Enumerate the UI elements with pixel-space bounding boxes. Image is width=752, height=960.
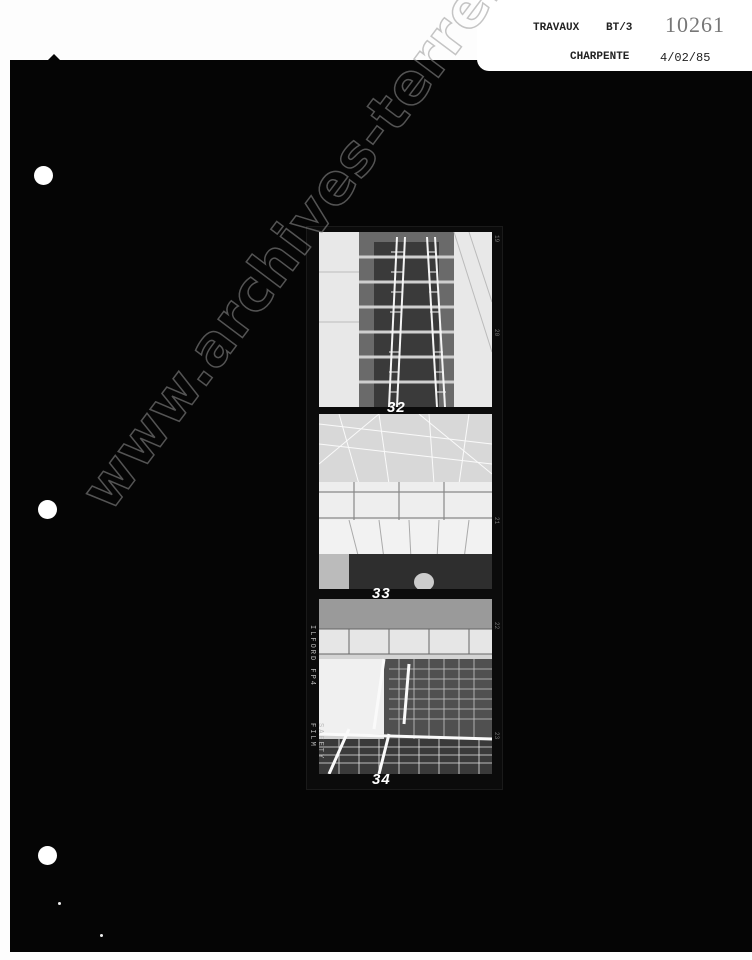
photo-frame-2[interactable] (319, 414, 492, 589)
label-date: 4/02/85 (660, 51, 710, 65)
film-edge-brand: ILFORD FP4 (308, 625, 316, 687)
archive-label: TRAVAUX BT/3 10261 CHARPENTE 4/02/85 (477, 0, 752, 71)
label-code: BT/3 (606, 22, 632, 34)
punch-hole-icon (38, 500, 57, 519)
film-edge-mark: 19 (493, 235, 500, 242)
label-subject: CHARPENTE (570, 51, 629, 63)
frame-number: 34 (372, 771, 391, 788)
film-edge-mark: 20 (493, 329, 500, 336)
film-edge-safety: SAFETY FILM (308, 723, 324, 789)
film-edge-mark: 22 (493, 622, 500, 629)
film-edge-mark: 23 (493, 732, 500, 739)
photo-scaffolding (319, 414, 492, 589)
photo-frame-3[interactable] (319, 599, 492, 774)
label-number: 10261 (665, 12, 725, 38)
photo-steel-framework (319, 232, 492, 407)
label-category: TRAVAUX (533, 22, 579, 34)
film-edge-mark: 21 (493, 517, 500, 524)
film-strip: 32 3 (306, 226, 503, 790)
punch-hole-icon (38, 846, 57, 865)
photo-walkways (319, 599, 492, 774)
photo-frame-1[interactable] (319, 232, 492, 407)
dust-speck (100, 934, 103, 937)
dust-speck (58, 902, 61, 905)
punch-hole-icon (34, 166, 53, 185)
